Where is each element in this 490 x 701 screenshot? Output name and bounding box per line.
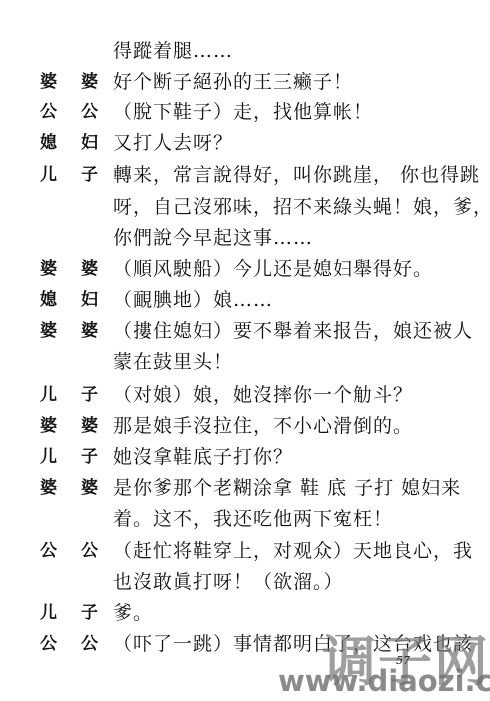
dialogue-line: 婆婆 （摟住媳妇）要不舉着来报告，娘还被人 (0, 316, 490, 346)
dialogue-line: 你們說今早起这事…… (0, 223, 490, 253)
dialogue-line: 儿子 （对娘）娘，她沒摔你一个觔斗？ (0, 380, 490, 410)
dialogue-line: 也沒敢眞打呀！（欲溜。） (0, 567, 490, 597)
dialogue-line: 婆婆 那是娘手沒拉住，不小心滑倒的。 (0, 411, 490, 441)
dialogue-line: 公公 （脫下鞋子）走，找他算帐！ (0, 97, 490, 127)
speaker: 媳妇 (40, 128, 120, 158)
dialogue-line: 着。这不，我还吃他两下寃枉！ (0, 504, 490, 534)
speaker: 公公 (40, 536, 120, 566)
dialogue-text: 呀，自己沒邪味，招不来綠头蝇！娘，爹， (113, 192, 490, 222)
dialogue-text: 蒙在鼓里头！ (113, 347, 233, 377)
dialogue-line: 儿子 她沒拿鞋底子打你？ (0, 442, 490, 472)
dialogue-line: 儿子 爹。 (0, 598, 490, 628)
dialogue-text: 好个断子絕孙的王三癞子！ (113, 67, 353, 97)
dialogue-line: 儿子 轉来，常言說得好，叫你跳崖， 你也得跳 (0, 160, 490, 190)
dialogue-text: 她沒拿鞋底子打你？ (113, 442, 293, 472)
dialogue-text: 着。这不，我还吃他两下寃枉！ (113, 504, 393, 534)
speaker: 婆婆 (40, 316, 120, 346)
dialogue-line: 婆婆 是你爹那个老糊涂拿 鞋 底 子打 媳妇来 (0, 473, 490, 503)
dialogue-line: 婆婆 好个断子絕孙的王三癞子！ (0, 67, 490, 97)
dialogue-text: 你們說今早起这事…… (113, 223, 313, 253)
dialogue-text: 那是娘手沒拉住，不小心滑倒的。 (113, 411, 413, 441)
speaker: 婆婆 (40, 254, 120, 284)
speaker: 公公 (40, 97, 120, 127)
dialogue-line: 媳妇 又打人去呀？ (0, 128, 490, 158)
dialogue-text: （脫下鞋子）走，找他算帐！ (113, 97, 373, 127)
speaker: 婆婆 (40, 411, 120, 441)
speaker: 儿子 (40, 160, 120, 190)
script-page: 得蹤着腿…… 婆婆 好个断子絕孙的王三癞子！ 公公 （脫下鞋子）走，找他算帐！ … (0, 0, 490, 701)
dialogue-text: 轉来，常言說得好，叫你跳崖， 你也得跳 (113, 160, 480, 190)
dialogue-text: （摟住媳妇）要不舉着来报告，娘还被人 (113, 316, 473, 346)
speaker: 儿子 (40, 380, 120, 410)
dialogue-line: 公公 （赶忙将鞋穿上，对观众）天地良心，我 (0, 536, 490, 566)
speaker: 婆婆 (40, 67, 120, 97)
speaker: 公公 (40, 629, 120, 659)
dialogue-text: 也沒敢眞打呀！（欲溜。） (113, 567, 344, 597)
dialogue-text: （对娘）娘，她沒摔你一个觔斗？ (113, 380, 413, 410)
dialogue-text: （赶忙将鞋穿上，对观众）天地良心，我 (113, 536, 473, 566)
speaker: 媳妇 (40, 285, 120, 315)
dialogue-text: 又打人去呀？ (113, 128, 233, 158)
dialogue-line: 蒙在鼓里头！ (0, 347, 490, 377)
dialogue-line: 呀，自己沒邪味，招不来綠头蝇！娘，爹， (0, 192, 490, 222)
speaker: 婆婆 (40, 473, 120, 503)
dialogue-line: 婆婆 （順风駛船）今儿还是媳妇舉得好。 (0, 254, 490, 284)
watermark-url: www.diaozi.com (278, 664, 490, 698)
dialogue-text: 爹。 (113, 598, 153, 628)
dialogue-text: （順风駛船）今儿还是媳妇舉得好。 (113, 254, 433, 284)
dialogue-text: 得蹤着腿…… (113, 36, 233, 66)
dialogue-line: 得蹤着腿…… (0, 36, 490, 66)
dialogue-line: 媳妇 （靦腆地）娘…… (0, 285, 490, 315)
speaker: 儿子 (40, 598, 120, 628)
dialogue-text: （靦腆地）娘…… (113, 285, 273, 315)
dialogue-text: 是你爹那个老糊涂拿 鞋 底 子打 媳妇来 (113, 473, 461, 503)
speaker: 儿子 (40, 442, 120, 472)
